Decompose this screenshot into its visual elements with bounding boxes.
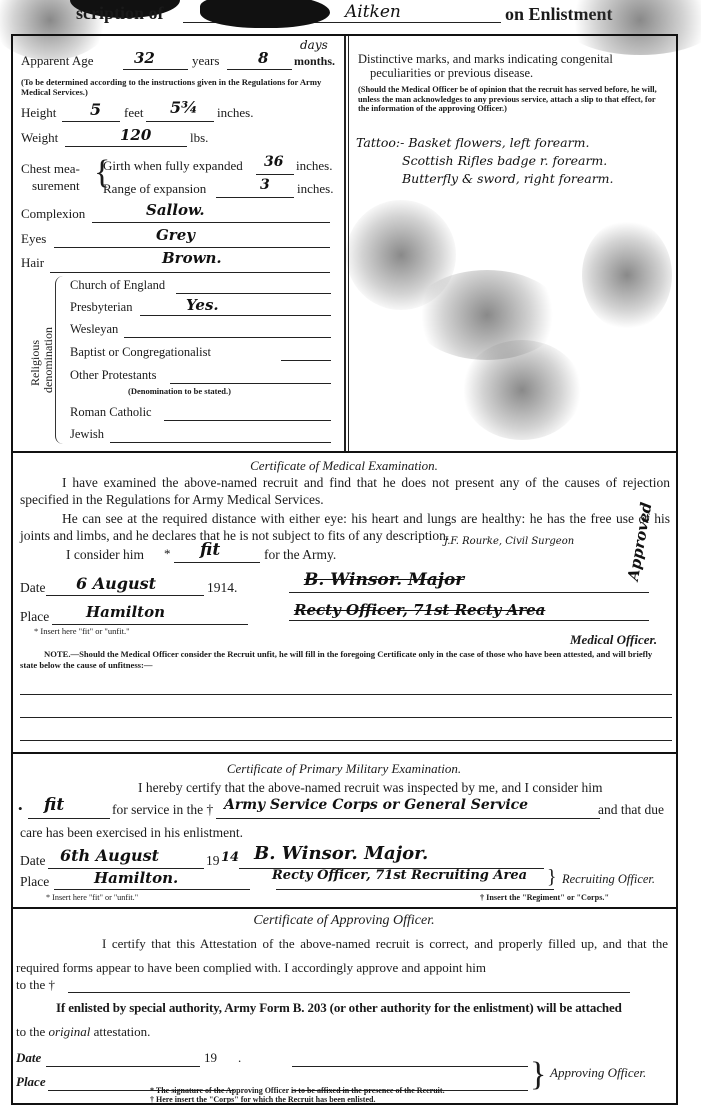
military-date-label: Date	[20, 852, 45, 869]
consider-label: I consider him	[66, 546, 144, 563]
approving-date-field[interactable]	[46, 1066, 200, 1067]
medical-place-value: Hamilton	[86, 603, 165, 621]
distinctive-marks-section: Distinctive marks, and marks indicating …	[352, 40, 672, 450]
stain-decor	[582, 220, 672, 330]
range-value: 3	[260, 177, 270, 193]
marks-entry: Scottish Rifles badge r. forearm.	[402, 153, 607, 168]
header: scription of Aitken on Enlistment	[0, 0, 701, 34]
religion-row: Jewish	[68, 427, 332, 449]
eyes-value: Grey	[156, 226, 195, 244]
recruiting-officer-signature: B. Winsor. Major.	[254, 843, 428, 864]
medical-certificate-section: Certificate of Medical Examination. I ha…	[14, 454, 674, 750]
weight-label: Weight	[21, 130, 58, 146]
for-army-label: for the Army.	[264, 546, 336, 563]
age-note: (To be determined according to the instr…	[21, 77, 333, 97]
military-certificate-section: Certificate of Primary Military Examinat…	[14, 755, 674, 905]
service-label: for service in the †	[112, 801, 213, 818]
recruiting-officer-office: Recty Officer, 71st Recruiting Area	[272, 868, 527, 883]
section-divider	[12, 907, 676, 909]
range-inches-label: inches.	[297, 181, 333, 197]
religion-brace	[55, 276, 64, 444]
eyes-label: Eyes	[21, 231, 46, 247]
corps-field[interactable]	[68, 992, 630, 993]
complexion-label: Complexion	[21, 206, 85, 222]
approving-officer-label: Approving Officer.	[550, 1065, 646, 1081]
approving-certificate-title: Certificate of Approving Officer.	[14, 913, 674, 929]
medical-date-label: Date	[20, 579, 45, 596]
weight-value: 120	[120, 126, 151, 144]
medical-certificate-title: Certificate of Medical Examination.	[14, 458, 674, 474]
military-place-value: Hamilton.	[94, 869, 178, 887]
military-para-1: I hereby certify that the above-named re…	[138, 779, 672, 796]
ink-blot-decor	[200, 0, 330, 28]
height-inches-value: 5¾	[170, 98, 198, 117]
girth-label: Girth when fully expanded	[103, 158, 243, 174]
lbs-label: lbs.	[190, 130, 208, 146]
approving-date-label: Date	[16, 1050, 41, 1066]
marks-heading: Distinctive marks, and marks indicating …	[358, 52, 668, 80]
years-label: years	[192, 53, 219, 69]
military-date-value: 6th August	[60, 846, 159, 865]
approving-place-label: Place	[16, 1074, 46, 1090]
religion-side-label: Religious denomination	[29, 333, 55, 393]
hair-value: Brown.	[162, 249, 222, 267]
marks-entry: Butterfly & sword, right forearm.	[402, 171, 614, 186]
service-value: Army Service Corps or General Service	[224, 797, 528, 813]
consider-value: fit	[200, 540, 220, 560]
religion-row: Wesleyan	[68, 322, 332, 344]
column-divider	[344, 36, 346, 452]
presbyterian-value: Yes.	[186, 296, 219, 314]
feet-label: feet	[124, 105, 143, 121]
medical-officer-signature: B. Winsor. Major	[304, 570, 464, 590]
section-divider	[12, 752, 676, 754]
marks-note: (Should the Medical Officer be of opinio…	[358, 85, 668, 114]
approving-para-2: If enlisted by special authority, Army F…	[16, 996, 668, 1020]
medical-officer-office: Recty Officer, 71st Recty Area	[294, 601, 545, 619]
age-years-value: 32	[134, 49, 155, 67]
approving-footnotes: * The signature of the Approving Officer…	[150, 1086, 550, 1104]
height-label: Height	[21, 105, 56, 121]
months-label: months.	[294, 54, 335, 69]
religion-row: Other Protestants (Denomination to be st…	[68, 368, 332, 402]
girth-value: 36	[264, 154, 283, 170]
medical-note: NOTE.—Should the Medical Officer conside…	[20, 649, 670, 671]
military-insert-note-left: * Insert here "fit" or "unfit."	[46, 893, 138, 902]
denomination-note: (Denomination to be stated.)	[128, 386, 231, 396]
section-divider	[12, 451, 676, 453]
recruit-name: Aitken	[345, 2, 401, 22]
medical-year-value: 1914.	[207, 579, 237, 596]
due-label: and that due	[598, 801, 664, 818]
chest-label-1: Chest mea-	[21, 161, 80, 177]
approving-signature-field[interactable]	[292, 1066, 528, 1067]
approving-para-2-end: to the original attestation.	[16, 1020, 150, 1044]
military-place-label: Place	[20, 873, 49, 890]
military-insert-note-right: † Insert the "Regiment" or "Corps."	[480, 893, 609, 902]
religion-row: Presbyterian Yes.	[68, 300, 332, 322]
unfitness-line	[20, 717, 672, 718]
hair-label: Hair	[21, 255, 44, 271]
military-certificate-title: Certificate of Primary Military Examinat…	[14, 761, 674, 777]
religion-row: Roman Catholic	[68, 405, 332, 427]
height-feet-value: 5	[90, 100, 101, 119]
unfitness-line	[20, 694, 672, 695]
unfitness-line	[20, 740, 672, 741]
military-year-prefix: 19	[206, 852, 220, 869]
medical-insert-note: * Insert here "fit" or "unfit."	[34, 626, 130, 636]
medical-para-1: I have examined the above-named recruit …	[20, 474, 670, 508]
religion-row: Baptist or Congregationalist	[68, 345, 332, 367]
medical-officer-label: Medical Officer.	[570, 632, 657, 648]
military-para-2: care has been exercised in his enlistmen…	[20, 824, 243, 841]
girth-inches-label: inches.	[296, 158, 332, 174]
recruiting-officer-label: Recruiting Officer.	[562, 872, 655, 887]
header-title-left: scription of	[76, 3, 164, 24]
military-year-value: 14	[221, 850, 239, 865]
medical-place-label: Place	[20, 608, 49, 625]
to-the-label: to the †	[16, 977, 55, 993]
approving-year-prefix: 19	[204, 1050, 217, 1066]
age-months-value: 8	[258, 49, 268, 67]
approving-para-1: I certify that this Attestation of the a…	[16, 932, 668, 980]
medical-date-value: 6 August	[76, 574, 156, 593]
description-section: Apparent Age 32 years 8 months. days (To…	[20, 40, 340, 450]
approving-certificate-section: Certificate of Approving Officer. I cert…	[14, 910, 674, 1100]
complexion-value: Sallow.	[146, 201, 205, 219]
range-label: Range of expansion	[103, 181, 206, 197]
military-fit-value: fit	[44, 795, 64, 815]
inches-label: inches.	[217, 105, 253, 121]
months-correction: days	[300, 38, 328, 52]
apparent-age-label: Apparent Age	[21, 53, 94, 69]
medical-annotation: J.F. Rourke, Civil Surgeon	[444, 536, 574, 547]
stain-decor	[462, 340, 582, 440]
marks-entry: Tattoo:- Basket flowers, left forearm.	[356, 135, 589, 150]
chest-label-2: surement	[32, 178, 80, 194]
